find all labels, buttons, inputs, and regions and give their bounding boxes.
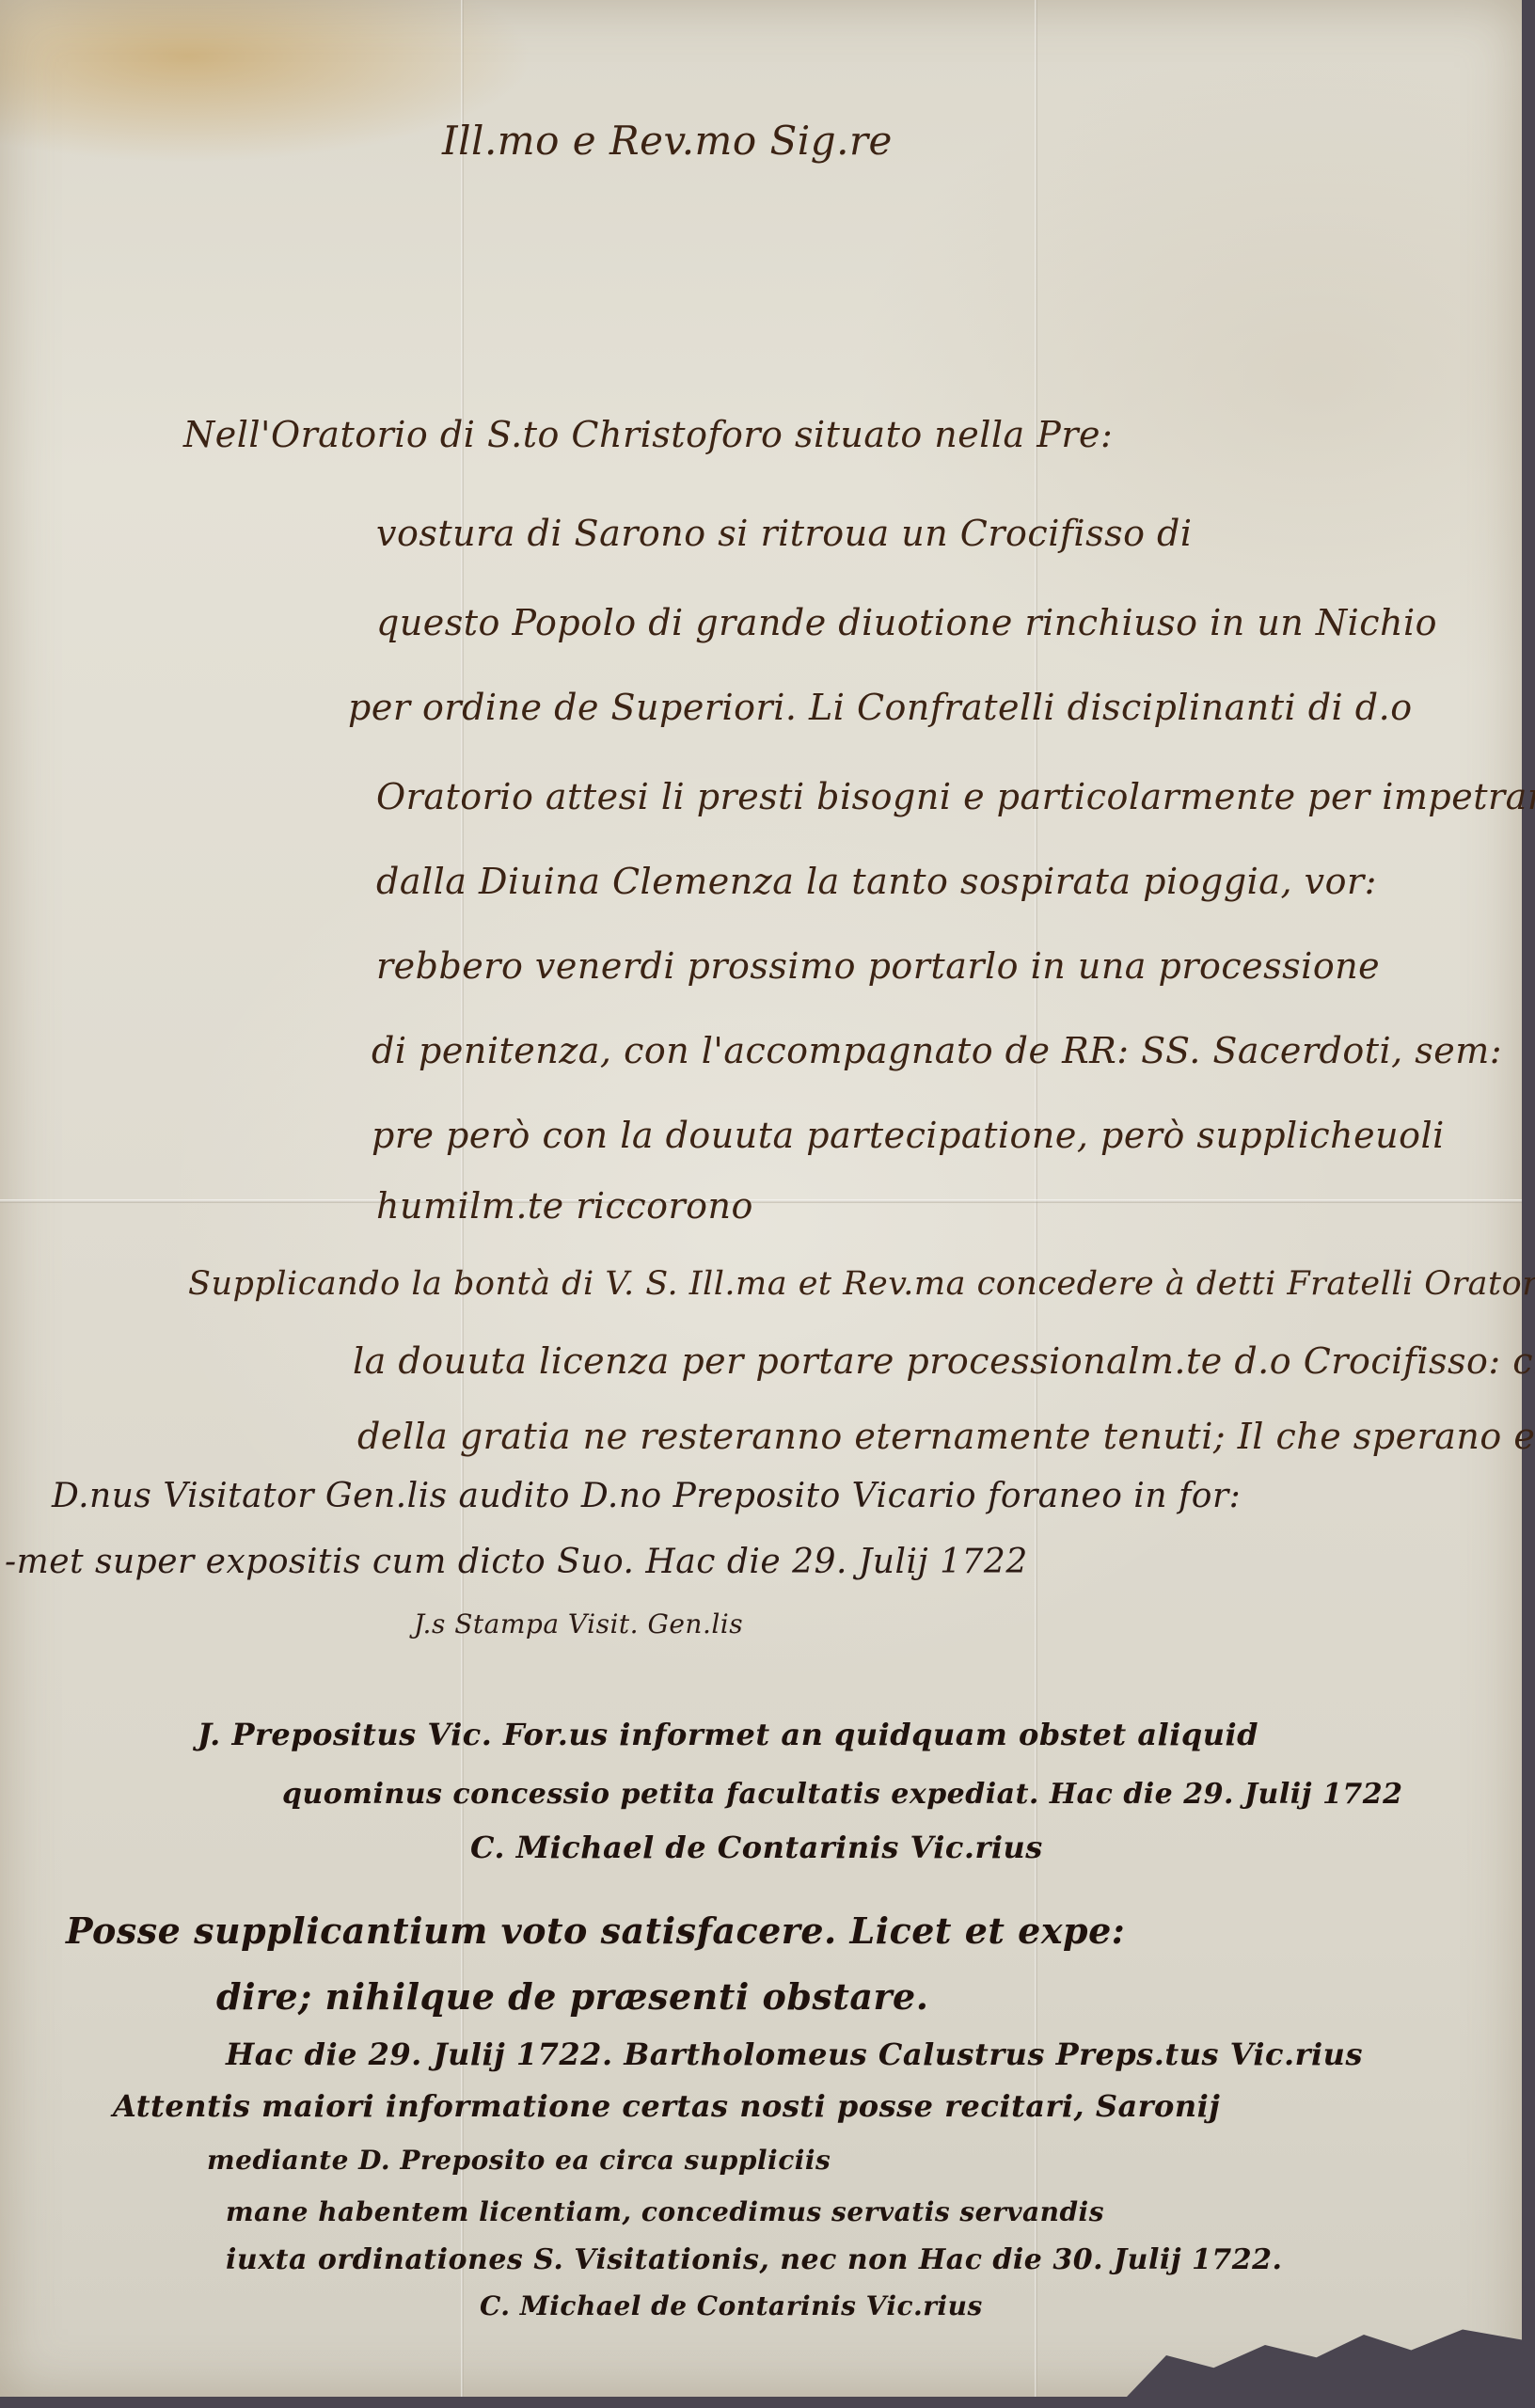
petition-line: per ordine de Superiori. Li Confratelli … — [348, 687, 1413, 728]
annotation-line: J. Prepositus Vic. For.us informet an qu… — [198, 1717, 1258, 1752]
annotation-line: dire; nihilque de præsenti obstare. — [216, 1975, 928, 2018]
annotation-line: D.nus Visitator Gen.lis audito D.no Prep… — [52, 1477, 1241, 1515]
petition-line: rebbero venerdi prossimo portarlo in una… — [376, 945, 1380, 987]
petition-line: questo Popolo di grande diuotione rinchi… — [376, 602, 1437, 643]
annotation-line: mane habentem licentiam, concedimus serv… — [226, 2196, 1104, 2227]
petition-line: di penitenza, con l'accompagnato de RR: … — [372, 1030, 1502, 1071]
petition-line: vostura di Sarono si ritroua un Crocifis… — [376, 513, 1193, 554]
signature: C. Michael de Contarinis Vic.rius — [470, 1830, 1043, 1865]
salutation: Ill.mo e Rev.mo Sig.re — [442, 118, 893, 164]
petition-line: humilm.te riccorono — [376, 1185, 753, 1227]
torn-edge — [1127, 2293, 1522, 2397]
annotation-line: mediante D. Preposito ea circa supplicii… — [207, 2145, 831, 2176]
annotation-line: Attentis maiori informatione certas nost… — [113, 2088, 1220, 2124]
petition-line: Nell'Oratorio di S.to Christoforo situat… — [183, 414, 1113, 455]
petition-line: Oratorio attesi li presti bisogni e part… — [376, 776, 1535, 817]
request-line: Supplicando la bontà di V. S. Ill.ma et … — [188, 1265, 1535, 1303]
manuscript-page: Ill.mo e Rev.mo Sig.re Nell'Oratorio di … — [0, 0, 1522, 2397]
annotation-line: quominus concessio petita facultatis exp… — [282, 1778, 1402, 1811]
annotation-line: iuxta ordinationes S. Visitationis, nec … — [226, 2243, 1283, 2276]
request-line: della gratia ne resteranno eternamente t… — [357, 1416, 1535, 1457]
annotation-line: Hac die 29. Julij 1722. Bartholomeus Cal… — [226, 2036, 1363, 2072]
petition-line-text: Nell'Oratorio di S.to Christoforo situat… — [183, 414, 1113, 455]
annotation-line: Posse supplicantium voto satisfacere. Li… — [66, 1909, 1125, 1952]
horizontal-fold-crease — [0, 1199, 1522, 1203]
signature: J.s Stampa Visit. Gen.lis — [414, 1608, 743, 1640]
annotation-line: -met super expositis cum dicto Suo. Hac … — [5, 1543, 1028, 1581]
petition-line: dalla Diuina Clemenza la tanto sospirata… — [376, 861, 1377, 902]
petition-line: pre però con la douuta partecipatione, p… — [372, 1115, 1445, 1156]
request-line: la douuta licenza per portare procession… — [353, 1340, 1535, 1382]
signature: C. Michael de Contarinis Vic.rius — [480, 2290, 983, 2321]
